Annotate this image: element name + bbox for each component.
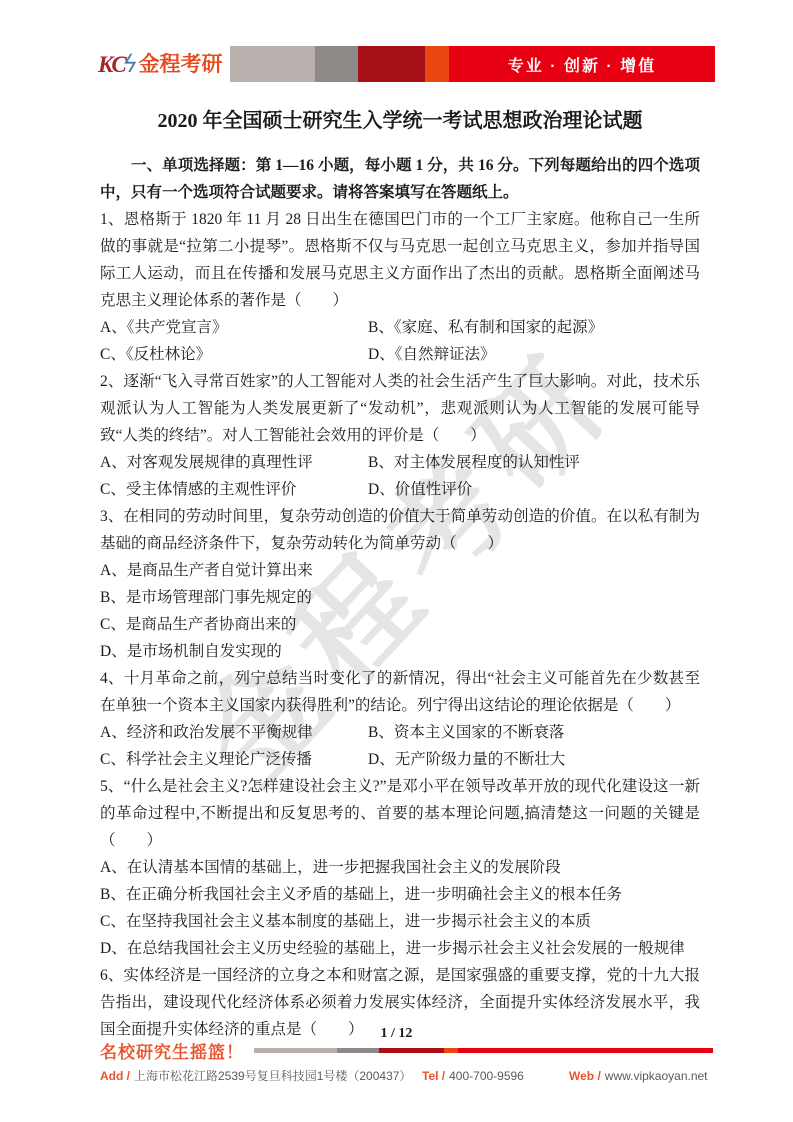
question-stem: 4、十月革命之前，列宁总结当时变化了的新情况，得出“社会主义可能首先在少数甚至在…	[100, 665, 700, 719]
option-row: A、对客观发展规律的真理性评B、对主体发展程度的认知性评	[100, 449, 700, 476]
option: A、《共产党宣言》	[100, 314, 368, 341]
bar-segment-darkred	[358, 46, 425, 82]
option: C、《反杜林论》	[100, 341, 368, 368]
option: D、《自然辩证法》	[368, 341, 700, 368]
web-label: Web /	[569, 1069, 601, 1083]
banner-slogan: 专业 · 创新 · 增值	[508, 53, 656, 76]
footer-bar-lightgray	[254, 1048, 337, 1053]
option-row: A、《共产党宣言》B、《家庭、私有制和国家的起源》	[100, 314, 700, 341]
brand-logo: KC ϟ 金程考研	[98, 45, 230, 83]
footer-bar-orange	[444, 1048, 458, 1053]
bar-segment-lightgray	[230, 46, 315, 82]
exam-title: 2020 年全国硕士研究生入学统一考试思想政治理论试题	[100, 106, 700, 136]
option-row: C、科学社会主义理论广泛传播D、无产阶级力量的不断壮大	[100, 746, 700, 773]
footer-slogan-row: 名校研究生摇篮！	[100, 1040, 713, 1060]
option: B、是市场管理部门事先规定的	[100, 584, 700, 611]
footer-telephone: Tel / 400-700-9596	[422, 1069, 569, 1083]
tel-label: Tel /	[422, 1069, 445, 1083]
footer-bar-darkred	[379, 1048, 444, 1053]
option: D、无产阶级力量的不断壮大	[368, 746, 700, 773]
web-value: www.vipkaoyan.net	[605, 1069, 708, 1083]
page-header: KC ϟ 金程考研 专业 · 创新 · 增值	[98, 45, 715, 83]
question-block: 3、在相同的劳动时间里，复杂劳动创造的价值大于简单劳动创造的价值。在以私有制为基…	[100, 503, 700, 665]
option: D、在总结我国社会主义历史经验的基础上，进一步揭示社会主义社会发展的一般规律	[100, 935, 700, 962]
option: A、在认清基本国情的基础上，进一步把握我国社会主义的发展阶段	[100, 854, 700, 881]
option: A、经济和政治发展不平衡规律	[100, 719, 368, 746]
option: B、在正确分析我国社会主义矛盾的基础上，进一步明确社会主义的根本任务	[100, 881, 700, 908]
question-block: 4、十月革命之前，列宁总结当时变化了的新情况，得出“社会主义可能首先在少数甚至在…	[100, 665, 700, 773]
footer-address: Add / 上海市松花江路2539号复旦科技园1号楼（200437）	[100, 1067, 422, 1084]
option-row: C、受主体情感的主观性评价D、价值性评价	[100, 476, 700, 503]
option: C、科学社会主义理论广泛传播	[100, 746, 368, 773]
footer-contact-row: Add / 上海市松花江路2539号复旦科技园1号楼（200437） Tel /…	[100, 1067, 713, 1084]
option-row: C、《反杜林论》D、《自然辩证法》	[100, 341, 700, 368]
section-instructions: 一、单项选择题：第 1—16 小题，每小题 1 分，共 16 分。下列每题给出的…	[100, 152, 700, 206]
footer-website: Web / www.vipkaoyan.net	[569, 1069, 713, 1083]
address-label: Add /	[100, 1069, 130, 1083]
option: D、是市场机制自发实现的	[100, 638, 700, 665]
option: A、对客观发展规律的真理性评	[100, 449, 368, 476]
option: C、在坚持我国社会主义基本制度的基础上，进一步揭示社会主义的本质	[100, 908, 700, 935]
bar-segment-red: 专业 · 创新 · 增值	[449, 46, 715, 82]
option: D、价值性评价	[368, 476, 700, 503]
bar-segment-gray	[315, 46, 358, 82]
tel-value: 400-700-9596	[449, 1069, 524, 1083]
page-footer: 名校研究生摇篮！ Add / 上海市松花江路2539号复旦科技园1号楼（2004…	[100, 1040, 713, 1084]
footer-slogan: 名校研究生摇篮！	[100, 1038, 244, 1063]
document-page: 金程考研 KC ϟ 金程考研 专业 · 创新 · 增值 2020 年全国硕士研究…	[0, 0, 793, 1122]
question-stem: 2、逐渐“飞入寻常百姓家”的人工智能对人类的社会生活产生了巨大影响。对此，技术乐…	[100, 368, 700, 449]
header-color-bar: 专业 · 创新 · 增值	[230, 46, 715, 82]
footer-bar-gray	[337, 1048, 379, 1053]
question-block: 5、“什么是社会主义?怎样建设社会主义?”是邓小平在领导改革开放的现代化建设这一…	[100, 773, 700, 962]
question-stem: 5、“什么是社会主义?怎样建设社会主义?”是邓小平在领导改革开放的现代化建设这一…	[100, 773, 700, 854]
footer-bar-red	[458, 1048, 713, 1053]
question-block: 1、恩格斯于 1820 年 11 月 28 日出生在德国巴门市的一个工厂主家庭。…	[100, 206, 700, 368]
address-value: 上海市松花江路2539号复旦科技园1号楼（200437）	[134, 1067, 411, 1084]
option: B、《家庭、私有制和国家的起源》	[368, 314, 700, 341]
bar-segment-orange	[425, 46, 449, 82]
document-body: 2020 年全国硕士研究生入学统一考试思想政治理论试题 一、单项选择题：第 1—…	[100, 100, 700, 1043]
logo-brand-name: 金程考研	[139, 54, 223, 75]
footer-color-bar	[254, 1048, 713, 1053]
question-stem: 3、在相同的劳动时间里，复杂劳动创造的价值大于简单劳动创造的价值。在以私有制为基…	[100, 503, 700, 557]
option: B、对主体发展程度的认知性评	[368, 449, 700, 476]
option-row: A、经济和政治发展不平衡规律B、资本主义国家的不断衰落	[100, 719, 700, 746]
option: A、是商品生产者自觉计算出来	[100, 557, 700, 584]
question-block: 2、逐渐“飞入寻常百姓家”的人工智能对人类的社会生活产生了巨大影响。对此，技术乐…	[100, 368, 700, 503]
option: C、是商品生产者协商出来的	[100, 611, 700, 638]
option: C、受主体情感的主观性评价	[100, 476, 368, 503]
option: B、资本主义国家的不断衰落	[368, 719, 700, 746]
question-stem: 1、恩格斯于 1820 年 11 月 28 日出生在德国巴门市的一个工厂主家庭。…	[100, 206, 700, 314]
question-list: 1、恩格斯于 1820 年 11 月 28 日出生在德国巴门市的一个工厂主家庭。…	[100, 206, 700, 1043]
